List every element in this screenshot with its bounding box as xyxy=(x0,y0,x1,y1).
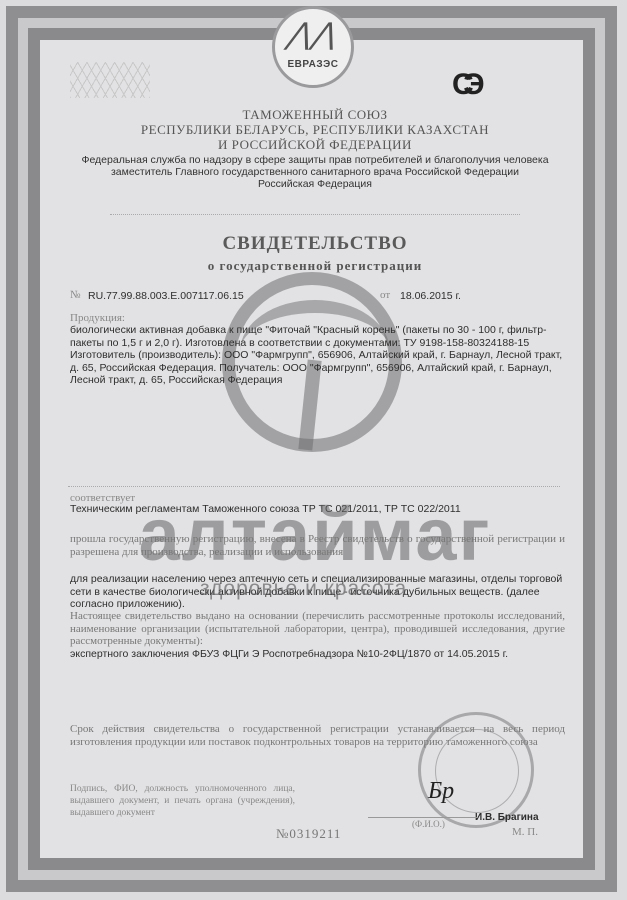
product-divider xyxy=(68,486,560,488)
authority-line-3: Российская Федерация xyxy=(60,178,570,190)
product-description: биологически активная добавка к пище "Фи… xyxy=(70,324,565,387)
official-stamp-icon xyxy=(418,712,534,828)
certificate-date: 18.06.2015 г. xyxy=(400,290,461,303)
number-label: № xyxy=(70,289,81,301)
signature-icon: Бр xyxy=(428,778,454,805)
signature-line xyxy=(368,817,478,818)
authority-divider xyxy=(110,214,520,216)
eurasec-logo: ⋀⋀ ЕВРАЗЭС xyxy=(272,6,354,88)
authority-line-2: заместитель Главного государственного са… xyxy=(60,166,570,178)
authority-line-1: Федеральная служба по надзору в сфере за… xyxy=(60,154,570,166)
eurasec-emblem-icon: ⋀⋀ xyxy=(283,17,345,52)
certificate-page: ⋀⋀ ЕВРАЗЭС СЭ ТАМОЖЕННЫЙ СОЮЗ РЕСПУБЛИКИ… xyxy=(0,0,627,900)
signature-caption: Подпись, ФИО, должность уполномоченного … xyxy=(70,783,295,819)
conformity-mark-icon: СЭ xyxy=(452,68,475,102)
stamp-label: М. П. xyxy=(512,826,538,838)
basis-text: экспертного заключения ФБУЗ ФЦГи Э Роспо… xyxy=(70,648,565,661)
product-label: Продукция: xyxy=(70,312,125,324)
union-title: ТАМОЖЕННЫЙ СОЮЗ xyxy=(60,107,570,123)
form-number: №0319211 xyxy=(276,826,341,842)
watermark-tagline: здоровье и красота xyxy=(200,577,407,601)
certificate-title: СВИДЕТЕЛЬСТВО xyxy=(60,233,570,255)
fio-hint: (Ф.И.О.) xyxy=(412,819,445,829)
certificate-number: RU.77.99.88.003.E.007117.06.15 xyxy=(88,290,244,303)
logo-label: ЕВРАЗЭС xyxy=(275,59,351,70)
signer-name: И.В. Брагина xyxy=(475,812,539,825)
registration-intro: прошла государственную регистрацию, внес… xyxy=(70,533,565,558)
guilloche-pattern xyxy=(70,62,150,98)
union-line-3: И РОССИЙСКОЙ ФЕДЕРАЦИИ xyxy=(60,137,570,153)
union-line-2: РЕСПУБЛИКИ БЕЛАРУСЬ, РЕСПУБЛИКИ КАЗАХСТА… xyxy=(60,122,570,138)
basis-intro: Настоящее свидетельство выдано на основа… xyxy=(70,610,565,648)
date-label: от xyxy=(380,289,390,301)
